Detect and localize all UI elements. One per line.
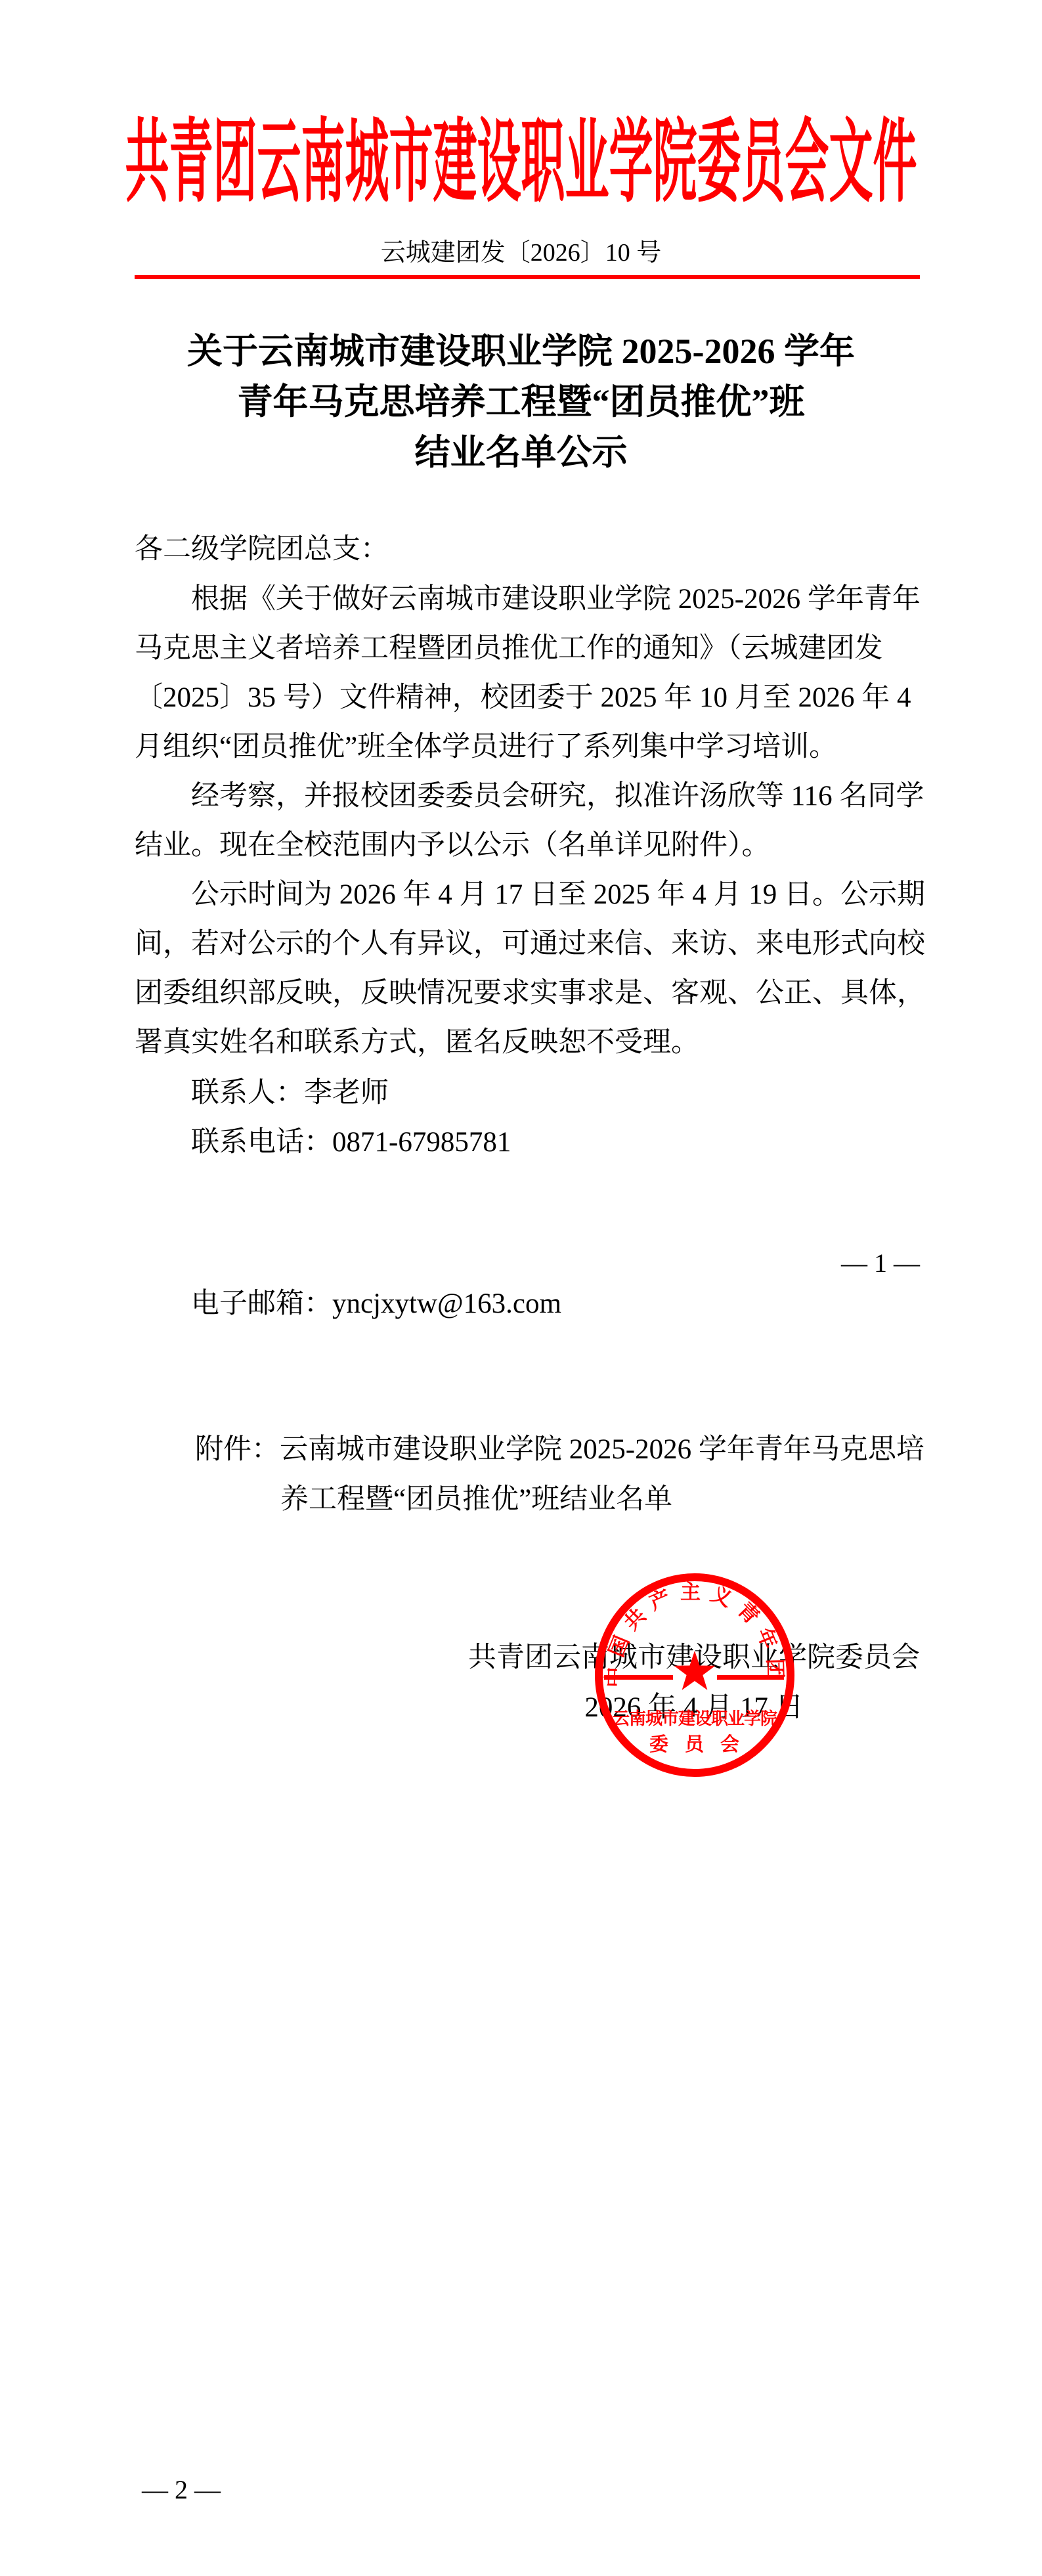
page-number-1: — 1 — xyxy=(135,1248,920,1278)
document-title-line: 关于云南城市建设职业学院 2025-2026 学年 xyxy=(0,326,1042,377)
seal-star-icon xyxy=(674,1651,716,1690)
body-line: 结业。现在全校范围内予以公示（名单详见附件）。 xyxy=(135,829,770,862)
body-line: 根据《关于做好云南城市建设职业学院 2025-2026 学年青年 xyxy=(191,583,921,616)
page-number-2: — 2 — xyxy=(142,2474,221,2505)
document-title: 关于云南城市建设职业学院 2025-2026 学年 青年马克思培养工程暨“团员推… xyxy=(0,326,1042,478)
document-title-line: 青年马克思培养工程暨“团员推优”班 xyxy=(0,377,1042,427)
red-divider-line xyxy=(135,275,920,279)
seal-right-bar xyxy=(717,1675,784,1680)
attachment-line: 养工程暨“团员推优”班结业名单 xyxy=(280,1483,672,1516)
body-line: 公示时间为 2026 年 4 月 17 日至 2025 年 4 月 19 日。公… xyxy=(191,879,925,911)
official-seal: 中国共产主义青年团 云南城市建设职业学院 委员会 xyxy=(583,1562,806,1789)
salutation-line: 各二级学院团总支： xyxy=(135,533,389,566)
body-line: 署真实姓名和联系方式，匿名反映恕不受理。 xyxy=(135,1026,699,1059)
seal-left-bar xyxy=(604,1675,673,1680)
contact-phone-line: 联系电话：0871-67985781 xyxy=(191,1126,511,1159)
letterhead-title: 共青团云南城市建设职业学院委员会文件 xyxy=(0,90,1042,221)
contact-email-line: 电子邮箱：yncjxytw@163.com xyxy=(191,1288,561,1321)
seal-organization-text: 云南城市建设职业学院 xyxy=(613,1709,777,1728)
attachment-line: 附件：云南城市建设职业学院 2025-2026 学年青年马克思培 xyxy=(195,1433,924,1466)
contact-person-line: 联系人：李老师 xyxy=(191,1077,389,1110)
document-number: 云城建团发〔2026〕10 号 xyxy=(0,232,1042,268)
document-title-line: 结业名单公示 xyxy=(0,427,1042,478)
seal-committee-text: 委员会 xyxy=(649,1734,756,1755)
body-line: 团委组织部反映，反映情况要求实事求是、客观、公正、具体， xyxy=(135,977,925,1010)
body-line: 〔2025〕35 号）文件精神，校团委于 2025 年 10 月至 2026 年… xyxy=(135,682,911,714)
body-line: 间，若对公示的个人有异议，可通过来信、来访、来电形式向校 xyxy=(135,928,925,961)
document-page: 共青团云南城市建设职业学院委员会文件 云城建团发〔2026〕10 号 关于云南城… xyxy=(0,0,1042,2576)
body-line: 经考察，并报校团委委员会研究，拟准许汤欣等 116 名同学 xyxy=(191,780,924,813)
body-line: 月组织“团员推优”班全体学员进行了系列集中学习培训。 xyxy=(135,731,837,764)
body-line: 马克思主义者培养工程暨团员推优工作的通知》（云城建团发 xyxy=(135,632,883,665)
